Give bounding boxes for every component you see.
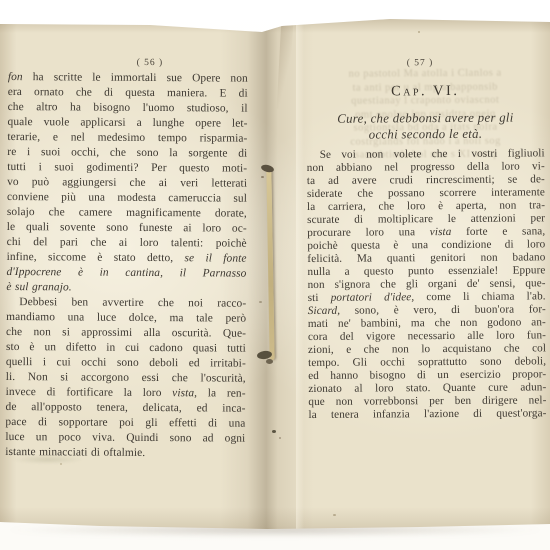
text-line: d'Ippocrene è in cantina, il Parnasso	[6, 265, 246, 282]
section-title-line: occhi secondo le età.	[306, 125, 544, 143]
text-line: era ornato che di questa maniera. E di	[8, 85, 248, 102]
text-line: mandiamo una luce dolce, ma tale però	[6, 310, 246, 327]
foxing-speck	[418, 31, 420, 33]
text-line: re i suoi occhi, che sono la sorgente di	[7, 145, 247, 162]
text-line: è sul granajo.	[6, 280, 246, 297]
text-line: luce un poco viva. Quindi sono ad ogni	[5, 430, 245, 447]
text-line: pace di sopportare poi gli effetti di un…	[5, 415, 245, 432]
right-page: no pastotol Ma atolla i Clanlos ata anti…	[306, 56, 547, 422]
foxing-speck	[259, 301, 262, 303]
text-line: tutti i suoi godimenti? Per questo moti-	[7, 160, 247, 177]
text-line: che non si approssimi alla oscurità. Que…	[6, 325, 246, 342]
page-number-left: ( 56 )	[30, 56, 270, 71]
foxing-speck	[60, 463, 62, 465]
photo-background: ( 56 ) fon ha scritte le immortali sue O…	[0, 0, 550, 550]
text-line: fon ha scritte le immortali sue Opere no…	[8, 70, 248, 87]
section-title: Cure, che debbonsi avere per gliocchi se…	[306, 109, 544, 143]
text-line: quelli i cui occhi sono deboli ed irrita…	[6, 355, 246, 372]
section-title-line: Cure, che debbonsi avere per gli	[306, 109, 544, 127]
left-page: ( 56 ) fon ha scritte le immortali sue O…	[5, 56, 248, 462]
text-line: istante minacciati di oftalmie.	[5, 445, 245, 462]
text-line: de all'opposto tenera, delicata, ed inca…	[5, 400, 245, 417]
foxing-speck	[279, 437, 281, 439]
text-line: sto è un difetto in cui cadono quasi tut…	[6, 340, 246, 357]
gutter-crease	[277, 21, 294, 110]
text-line: quale vuole applicarsi a lunghe opere le…	[7, 115, 247, 132]
page-number-right: ( 57 )	[301, 56, 539, 71]
binding-knot-top	[260, 164, 274, 174]
text-line: terarie, e nel medesimo tempo risparmia-	[7, 130, 247, 147]
text-line: che altro ha bisogno l'uomo studioso, il	[8, 100, 248, 117]
text-line: la tenera infanzia l'azione di quest'org…	[308, 407, 546, 422]
text-line: invece di fortificare la loro vista, la …	[6, 385, 246, 402]
text-line: vo può aggiungersi che ai veri letterati	[7, 175, 247, 192]
text-line: le quali sovente sono funeste ai loro oc…	[7, 220, 247, 237]
open-book: ( 56 ) fon ha scritte le immortali sue O…	[0, 18, 550, 535]
foxing-speck	[261, 176, 264, 178]
text-line: infine, siccome è stato detto, se il fon…	[7, 250, 247, 267]
text-line: solajo che camere magnificamente dorate,	[7, 205, 247, 222]
right-page-text: Se voi non volete che i vostri figliuoli…	[307, 147, 547, 422]
binding-thread-tail	[266, 359, 273, 364]
text-line: Debbesi ben avvertire che noi racco-	[6, 295, 246, 312]
text-line: conviene più una modesta cameruccia sul	[7, 190, 247, 207]
text-line: chi del pari che ai loro talenti: poichè	[7, 235, 247, 252]
gutter-highlight	[296, 18, 304, 530]
foxing-speck	[516, 155, 518, 157]
binding-thread	[266, 168, 274, 360]
text-line: li. Non si accorgono essi che l'oscurità…	[6, 370, 246, 387]
foxing-speck	[333, 514, 336, 516]
chapter-heading: Cap. VI.	[306, 82, 544, 100]
left-page-text: fon ha scritte le immortali sue Opere no…	[5, 70, 248, 462]
foxing-speck	[272, 430, 276, 433]
